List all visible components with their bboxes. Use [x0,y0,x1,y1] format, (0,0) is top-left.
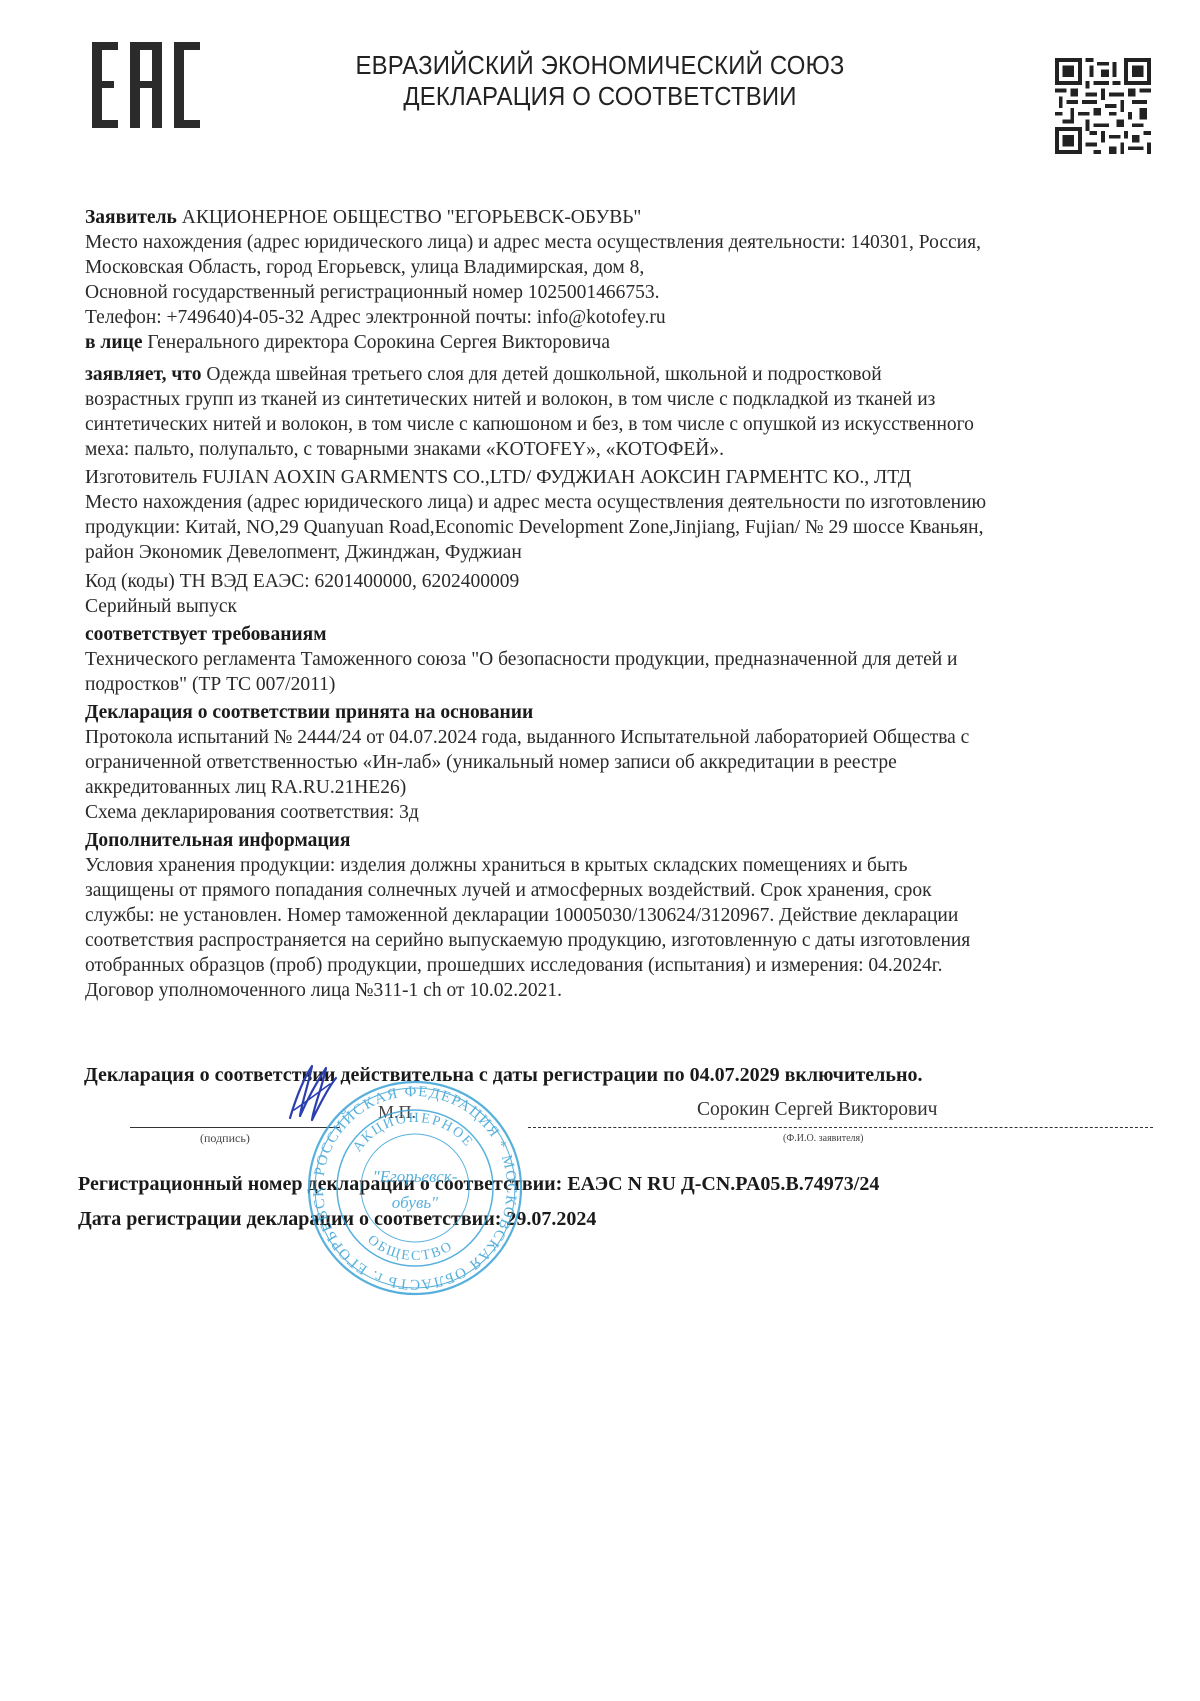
title-declaration: ДЕКЛАРАЦИЯ О СООТВЕТСТВИИ [278,81,922,112]
additional-line-4: соответствия распространяется на серийно… [85,928,1165,953]
qr-code-icon[interactable] [1055,58,1151,154]
basis-section: Декларация о соответствии принята на осн… [85,700,1165,825]
represented-by: Генерального директора Сорокина Сергея В… [142,332,610,353]
applicant-section: Заявитель АКЦИОНЕРНОЕ ОБЩЕСТВО "ЕГОРЬЕВС… [85,205,1165,355]
basis-line-1: Протокола испытаний № 2444/24 от 04.07.2… [85,725,1165,750]
declaration-scheme: Схема декларирования соответствия: 3д [85,800,1165,825]
svg-text:ОБЩЕСТВО: ОБЩЕСТВО [364,1233,456,1265]
signature-row: М.П. Сорокин Сергей Викторович (подпись)… [0,1095,1200,1145]
requirements-line-1: Технического регламента Таможенного союз… [85,647,1165,672]
additional-heading: Дополнительная информация [85,828,1165,853]
product-line-1: Одежда швейная третьего слоя для детей д… [202,364,882,385]
registration-date: Дата регистрации декларации о соответств… [78,1208,596,1231]
tn-ved-codes: Код (коды) ТН ВЭД ЕАЭС: 6201400000, 6202… [85,569,1165,594]
applicant-address-line-2: Московская Область, город Егорьевск, ули… [85,255,1165,280]
document-title: ЕВРАЗИЙСКИЙ ЭКОНОМИЧЕСКИЙ СОЮЗ ДЕКЛАРАЦИ… [278,50,922,112]
product-line-4: меха: пальто, полупальто, с товарными зн… [85,437,1165,462]
registration-number: Регистрационный номер декларации о соотв… [78,1173,879,1196]
additional-line-5: отобранных образцов (проб) продукции, пр… [85,953,1165,978]
declaration-body: Заявитель АКЦИОНЕРНОЕ ОБЩЕСТВО "ЕГОРЬЕВС… [85,205,1165,1006]
applicant-ogrn: Основной государственный регистрационный… [85,280,1165,305]
manufacturer-section: Изготовитель FUJIAN AOXIN GARMENTS CO.,L… [85,465,1165,619]
basis-line-3: аккредитованных лиц RA.RU.21HE26) [85,775,1165,800]
requirements-heading: соответствует требованиям [85,622,1165,647]
name-line [528,1127,1153,1128]
applicant-address-line-1: Место нахождения (адрес юридического лиц… [85,230,1165,255]
applicant-name: АКЦИОНЕРНОЕ ОБЩЕСТВО "ЕГОРЬЕВСК-ОБУВЬ" [177,207,642,228]
validity-statement: Декларация о соответствии действительна … [84,1064,923,1087]
signature-caption: (подпись) [200,1131,250,1146]
eac-logo-icon [90,40,202,130]
release-type: Серийный выпуск [85,594,1165,619]
signature-line [130,1127,340,1128]
additional-line-2: защищены от прямого попадания солнечных … [85,878,1165,903]
manufacturer-line-2: Место нахождения (адрес юридического лиц… [85,490,1165,515]
basis-heading: Декларация о соответствии принята на осн… [85,700,1165,725]
manufacturer-line-4: район Экономик Девелопмент, Джинджан, Фу… [85,540,1165,565]
title-union: ЕВРАЗИЙСКИЙ ЭКОНОМИЧЕСКИЙ СОЮЗ [278,50,922,81]
basis-line-2: ограниченной ответственностью «Ин-лаб» (… [85,750,1165,775]
additional-section: Дополнительная информация Условия хранен… [85,828,1165,1003]
declares-label: заявляет, что [85,364,202,385]
product-line-3: синтетических нитей и волокон, в том чис… [85,412,1165,437]
product-section: заявляет, что Одежда швейная третьего сл… [85,362,1165,462]
requirements-line-2: подростков" (ТР ТС 007/2011) [85,672,1165,697]
additional-line-6: Договор уполномоченного лица №311-1 ch о… [85,978,1165,1003]
additional-line-1: Условия хранения продукции: изделия долж… [85,853,1165,878]
applicant-contacts: Телефон: +749640)4-05-32 Адрес электронн… [85,305,1165,330]
product-line-2: возрастных групп из тканей из синтетичес… [85,387,1165,412]
requirements-section: соответствует требованиям Технического р… [85,622,1165,697]
manufacturer-line-3: продукции: Китай, NO,29 Quanyuan Road,Ec… [85,515,1165,540]
applicant-label: Заявитель [85,207,177,228]
signer-name: Сорокин Сергей Викторович [697,1099,937,1121]
manufacturer-line-1: Изготовитель FUJIAN AOXIN GARMENTS CO.,L… [85,465,1165,490]
name-caption: (Ф.И.О. заявителя) [783,1133,863,1144]
represented-label: в лице [85,332,142,353]
additional-line-3: службы: не установлен. Номер таможенной … [85,903,1165,928]
declaration-page: ЕВРАЗИЙСКИЙ ЭКОНОМИЧЕСКИЙ СОЮЗ ДЕКЛАРАЦИ… [0,0,1200,1701]
seal-place-label: М.П. [378,1102,416,1123]
